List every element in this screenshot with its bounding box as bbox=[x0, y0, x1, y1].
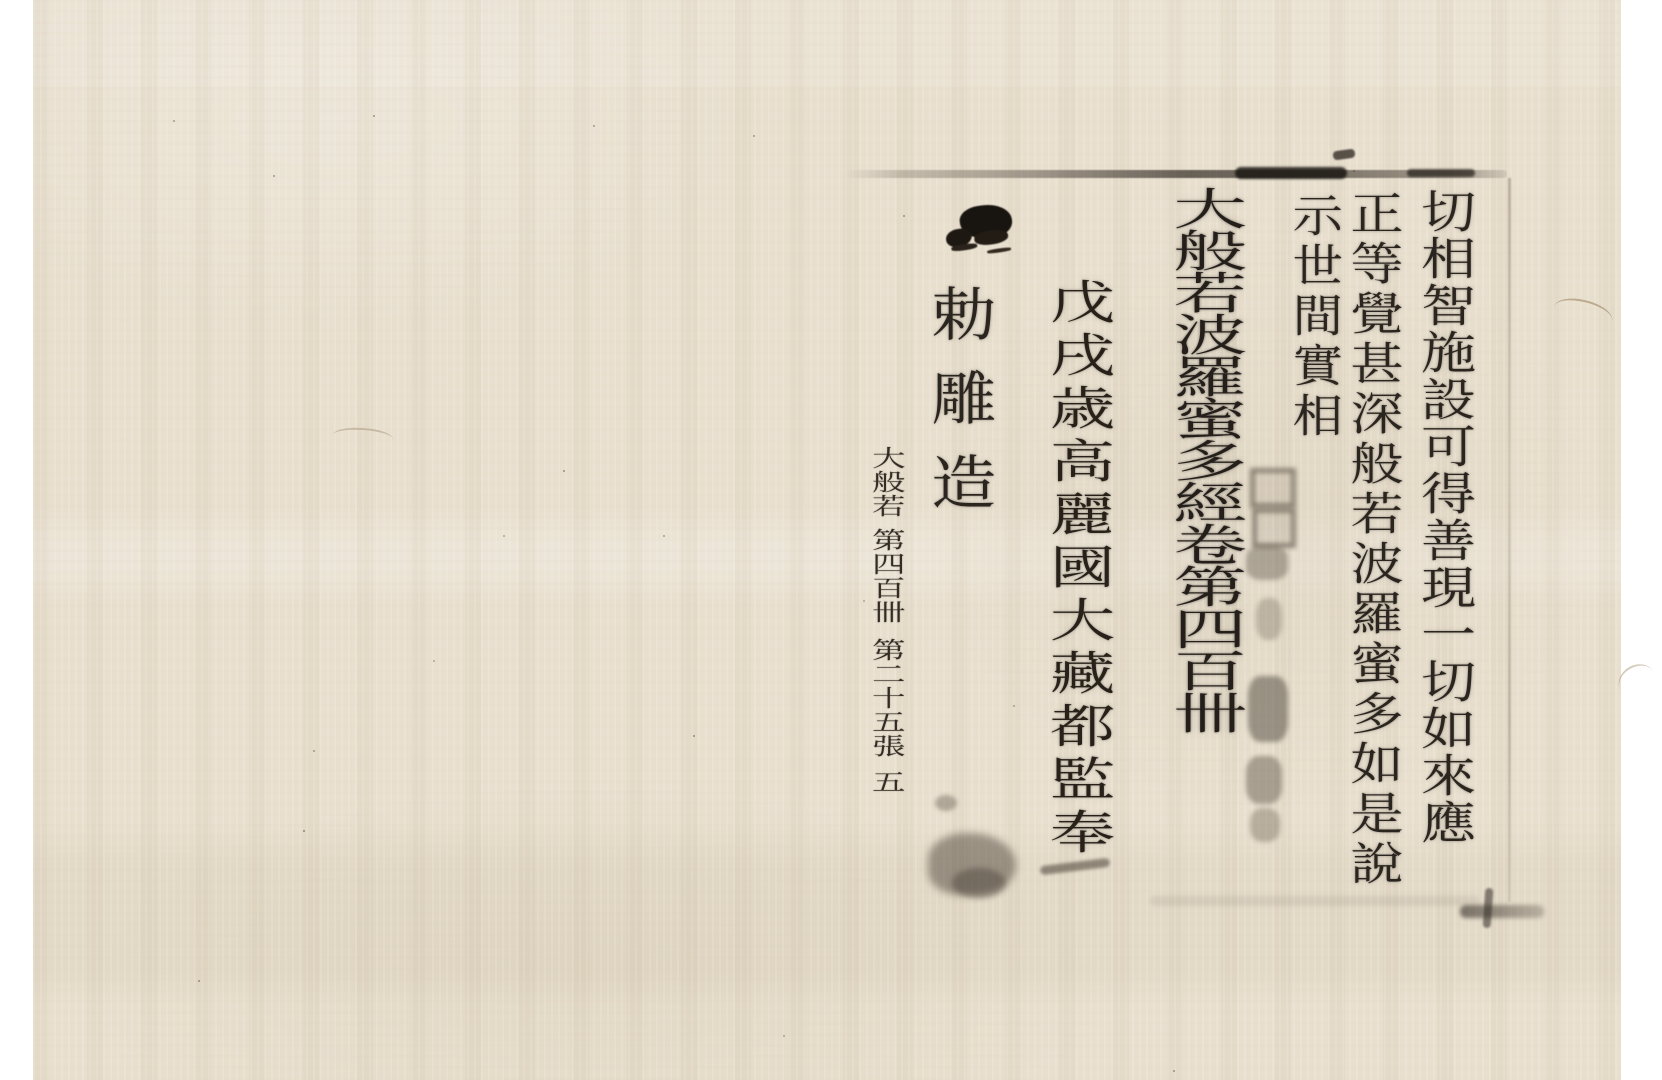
ghost-text-smudge bbox=[1246, 756, 1282, 804]
ghost-text-smudge bbox=[1256, 598, 1282, 640]
sheet-margin-note: 大般若第四百卌第二十五張五 bbox=[862, 446, 910, 794]
ghost-text-smudge bbox=[1248, 676, 1288, 742]
main-text-column-3: 示世間實相 bbox=[1277, 192, 1350, 442]
paper-fiber bbox=[1551, 293, 1616, 335]
ink-heavy-segment bbox=[1235, 167, 1347, 179]
bottom-ink-smudge bbox=[935, 795, 957, 811]
colophon-date-column: 戊戌歳高麗國大藏都監奉 bbox=[1030, 278, 1124, 861]
margin-sheet-number: 第二十五張 bbox=[868, 638, 904, 758]
ghost-text-smudge bbox=[1246, 546, 1288, 580]
print-frame-right-border bbox=[1508, 178, 1511, 902]
scanned-page: 切相智施設可得善現一切如來應 正等覺甚深般若波羅蜜多如是說 示世間實相 大般若波… bbox=[0, 0, 1662, 1080]
bottom-ink-smudge bbox=[952, 868, 1006, 898]
colophon-edict-column: 勅雕造 bbox=[910, 284, 1004, 536]
scroll-title-column: 大般若波羅蜜多經卷第四百卌 bbox=[1148, 186, 1256, 732]
print-frame-bottom-corner-smudge bbox=[1460, 905, 1544, 918]
print-frame-bottom-trace bbox=[1150, 896, 1480, 906]
print-frame-top-border bbox=[845, 170, 1507, 178]
paper-fiber bbox=[332, 426, 393, 448]
main-text-column-1: 切相智施設可得善現一切如來應 bbox=[1404, 188, 1483, 846]
paper-speck-field bbox=[173, 120, 175, 122]
ghost-text-smudge bbox=[1250, 468, 1296, 508]
margin-sutra-abbrev: 大般若 bbox=[868, 446, 904, 518]
paper-fiber bbox=[1613, 658, 1662, 705]
ink-heavy-segment bbox=[1407, 169, 1475, 177]
ghost-text-smudge bbox=[1252, 508, 1296, 548]
ghost-text-smudge bbox=[1250, 808, 1280, 842]
margin-scroll-number: 第四百卌 bbox=[868, 528, 904, 624]
margin-case-mark: 五 bbox=[868, 770, 904, 794]
